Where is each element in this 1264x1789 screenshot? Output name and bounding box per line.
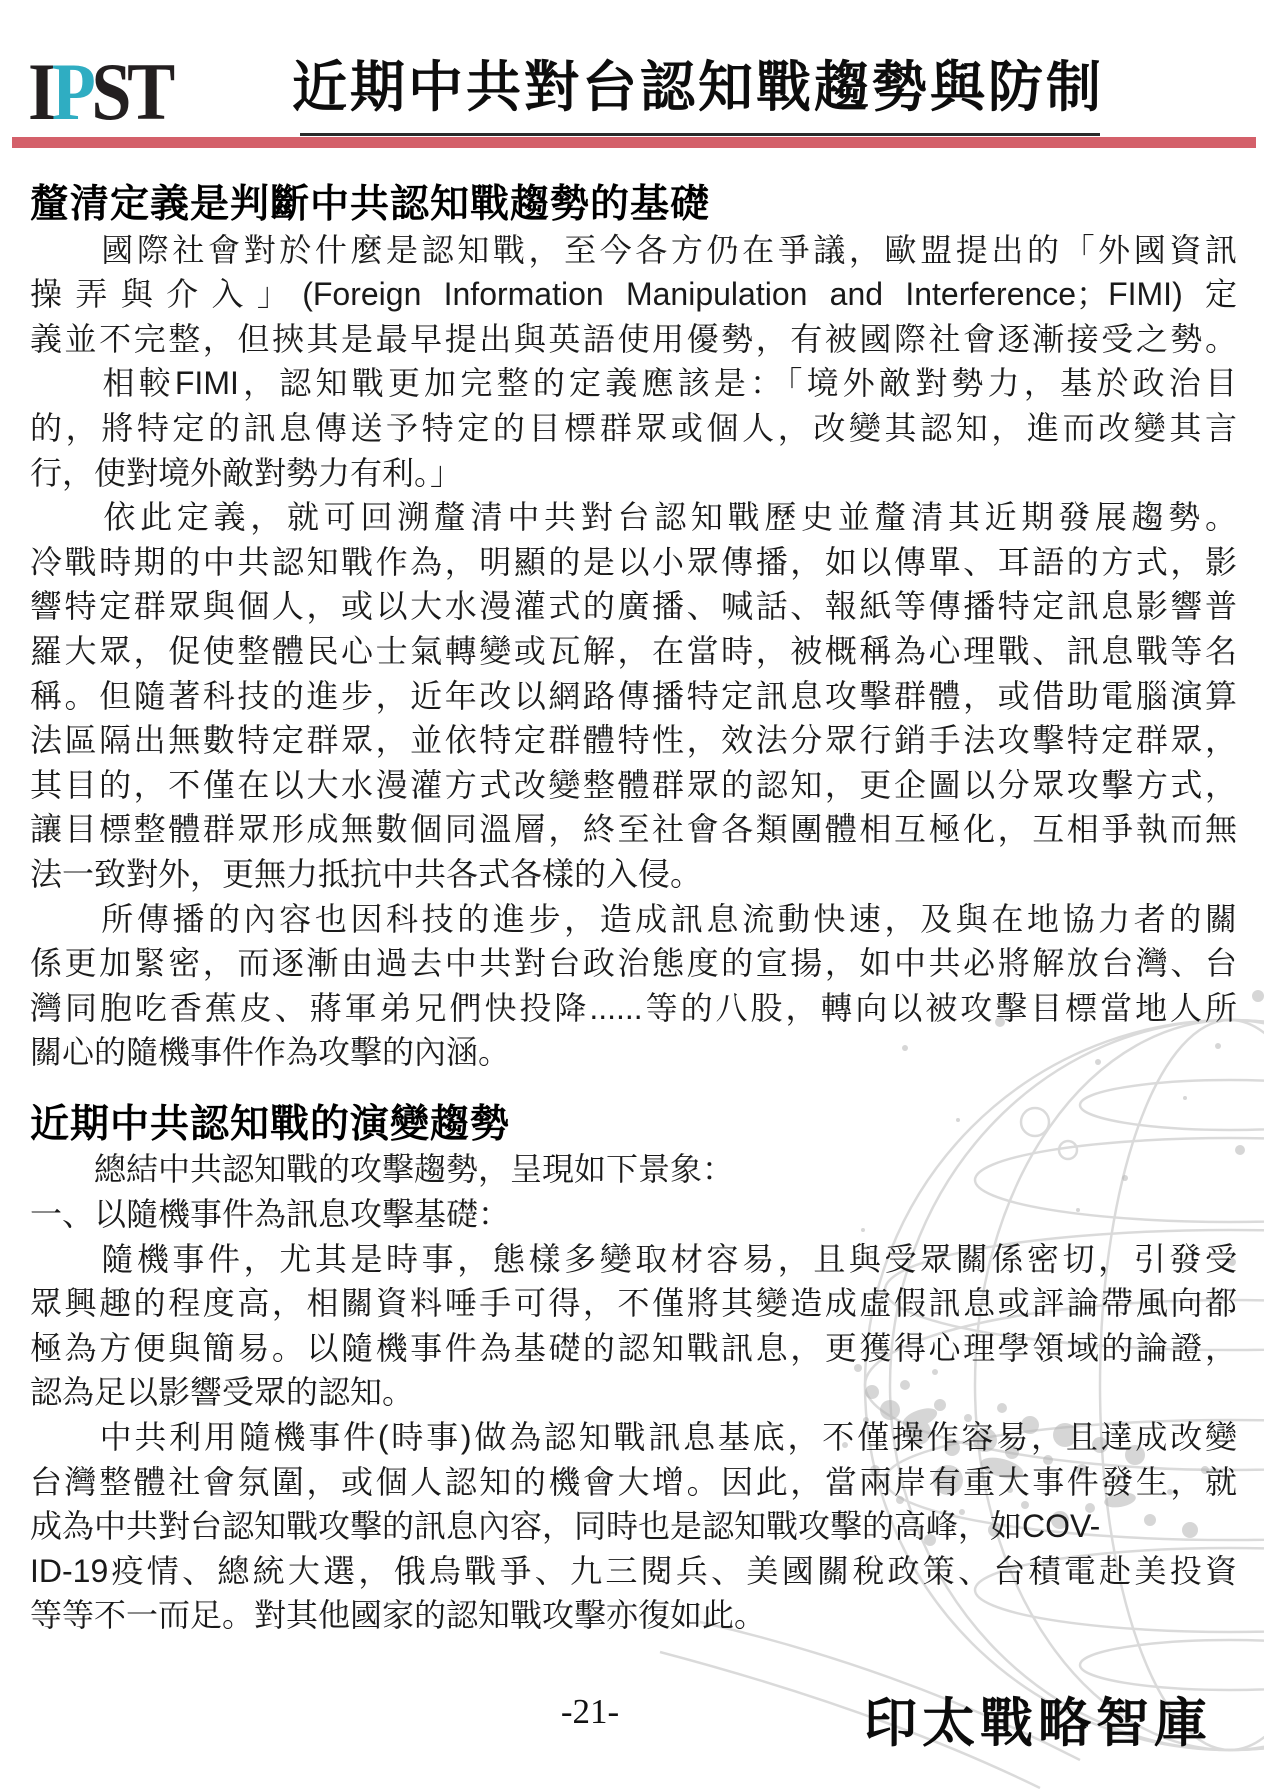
body-text-line: ID-19疫情、總統大選，俄烏戰爭、九三閱兵、美國關稅政策、台積電赴美投資 [30,1549,1237,1594]
body-text-line: 的，將特定的訊息傳送予特定的目標群眾或個人，改變其認知，進而改變其言 [30,406,1237,451]
body-text-line: 行，使對境外敵對勢力有利。」 [30,451,1237,496]
title-underline [300,133,1100,136]
body-text-line: 眾興趣的程度高，相關資料唾手可得，不僅將其變造成虛假訊息或評論帶風向都 [30,1281,1237,1326]
body-text-line: 成為中共對台認知戰攻擊的訊息內容，同時也是認知戰攻擊的高峰，如COV- [30,1504,1237,1549]
body-text-line: 讓目標整體群眾形成無數個同溫層，終至社會各類團體相互極化，互相爭執而無 [30,807,1237,852]
body-text-line: 隨機事件，尤其是時事，態樣多變取材容易，且與受眾關係密切，引發受 [30,1237,1237,1282]
document-page: IPST 近期中共對台認知戰趨勢與防制 釐清定義是判斷中共認知戰趨勢的基礎 國際… [0,0,1264,1789]
body-text-line: 相較FIMI，認知戰更加完整的定義應該是：「境外敵對勢力，基於政治目 [30,361,1237,406]
logo-letter-i: I [28,46,52,137]
logo-letters-st: ST [91,46,170,137]
body-sections: 釐清定義是判斷中共認知戰趨勢的基礎 國際社會對於什麼是認知戰，至今各方仍在爭議，… [30,183,1237,1638]
ipst-logo: IPST [28,52,171,132]
body-text-line: 中共利用隨機事件(時事)做為認知戰訊息基底，不僅操作容易，且達成改變 [30,1415,1237,1460]
body-text-line: 冷戰時期的中共認知戰作為，明顯的是以小眾傳播，如以傳單、耳語的方式，影 [30,540,1237,585]
body-text-line: 極為方便與簡易。以隨機事件為基礎的認知戰訊息，更獲得心理學領域的論證， [30,1326,1237,1371]
page-number: -21- [540,1692,640,1732]
body-text-line: 一、以隨機事件為訊息攻擊基礎： [30,1192,1237,1237]
body-text-line: 灣同胞吃香蕉皮、蔣軍弟兄們快投降......等的八股，轉向以被攻擊目標當地人所 [30,986,1237,1031]
page-title: 近期中共對台認知戰趨勢與防制 [292,56,1104,120]
logo-letter-p: P [52,46,92,137]
body-text-line: 操弄與介入」(Foreign Information Manipulation … [30,272,1237,317]
body-text-line: 認為足以影響受眾的認知。 [30,1370,1237,1415]
body-text-line: 響特定群眾與個人，或以大水漫灌式的廣播、喊話、報紙等傳播特定訊息影響普 [30,584,1237,629]
section: 釐清定義是判斷中共認知戰趨勢的基礎 國際社會對於什麼是認知戰，至今各方仍在爭議，… [30,183,1237,1075]
body-text-line: 羅大眾，促使整體民心士氣轉變或瓦解，在當時，被概稱為心理戰、訊息戰等名 [30,629,1237,674]
section-heading: 釐清定義是判斷中共認知戰趨勢的基礎 [30,183,1237,228]
body-text-line: 稱。但隨著科技的進步，近年改以網路傳播特定訊息攻擊群體，或借助電腦演算 [30,674,1237,719]
body-text-line: 法一致對外，更無力抵抗中共各式各樣的入侵。 [30,852,1237,897]
body-text-line: 關心的隨機事件作為攻擊的內涵。 [30,1030,1237,1075]
body-text-line: 所傳播的內容也因科技的進步，造成訊息流動快速，及與在地協力者的關 [30,897,1237,942]
body-text-line: 依此定義，就可回溯釐清中共對台認知戰歷史並釐清其近期發展趨勢。 [30,495,1237,540]
body-text-line: 義並不完整，但挾其是最早提出與英語使用優勢，有被國際社會逐漸接受之勢。 [30,317,1237,362]
body-text-line: 法區隔出無數特定群眾，並依特定群體特性，效法分眾行銷手法攻擊特定群眾， [30,718,1237,763]
body-text-line: 係更加緊密，而逐漸由過去中共對台政治態度的宣揚，如中共必將解放台灣、台 [30,941,1237,986]
body-text-line: 總結中共認知戰的攻擊趨勢，呈現如下景象： [30,1147,1237,1192]
body-text-line: 台灣整體社會氛圍，或個人認知的機會大增。因此，當兩岸有重大事件發生，就 [30,1460,1237,1505]
body-text-line: 其目的，不僅在以大水漫灌方式改變整體群眾的認知，更企圖以分眾攻擊方式， [30,763,1237,808]
body-text-line: 國際社會對於什麼是認知戰，至今各方仍在爭議，歐盟提出的「外國資訊 [30,228,1237,273]
header-rule [12,137,1256,148]
section-heading: 近期中共認知戰的演變趨勢 [30,1103,1237,1148]
brand-name: 印太戰略智庫 [864,1681,1212,1757]
section: 近期中共認知戰的演變趨勢 總結中共認知戰的攻擊趨勢，呈現如下景象：一、以隨機事件… [30,1103,1237,1638]
body-text-line: 等等不一而足。對其他國家的認知戰攻擊亦復如此。 [30,1593,1237,1638]
